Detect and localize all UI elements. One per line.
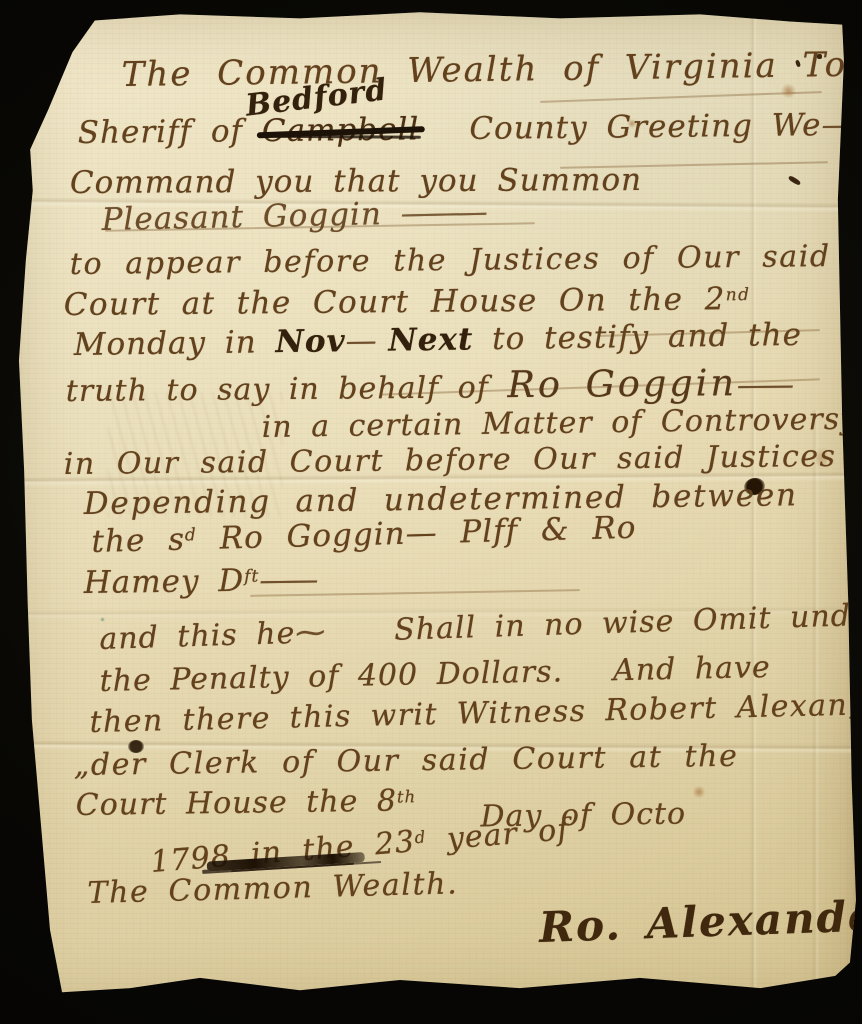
text-segment: in a certain Matter of Controversy	[262, 402, 859, 445]
line-court-house-date: Court House the 8thDay of Octo	[76, 779, 687, 823]
text-segment: year of	[425, 812, 570, 858]
text-segment: County Greeting We	[469, 107, 821, 147]
line-matter-controversy: in a certain Matter of Controversy	[262, 402, 859, 445]
line-appear-justices: to appear before the Justices of Our sai…	[70, 239, 831, 282]
text-segment: nd	[726, 285, 751, 305]
text-segment: Court at the Court House On the 2	[64, 281, 726, 323]
text-segment: the s	[91, 522, 185, 560]
line-court-house: Court at the Court House On the 2nd	[64, 281, 751, 323]
text-segment: ,,	[848, 687, 862, 722]
text-segment: —	[345, 323, 388, 360]
text-segment: The Common Wealth.	[87, 866, 459, 911]
paper-sheet: The Common Wealth of Virginia To the ⁓—S…	[0, 0, 862, 1024]
text-segment: in Our said Court before Our said Justic…	[64, 439, 837, 482]
line-signature: Ro. Alexander	[538, 890, 862, 952]
ink-fleck	[788, 175, 802, 186]
text-segment: ft	[244, 567, 259, 587]
text-segment: Pleasant Goggin	[101, 196, 401, 238]
text-segment: to appear before the Justices of Our sai…	[70, 239, 831, 282]
line-shall-not-omit: and this he⁓Shall in no wise Omit under	[99, 597, 862, 657]
line-commonwealth-closing: The Common Wealth.	[87, 866, 459, 911]
text-segment: Shall in no wise Omit under	[394, 597, 862, 647]
stain	[692, 786, 706, 798]
line-behalf-of: truth to say in behalf of Ro Goggin——	[66, 361, 791, 410]
text-segment: Command you that you Summon	[70, 162, 642, 201]
text-segment: the Penalty of 400 Dollars.	[99, 654, 563, 699]
line-defendant: Hamey Dft——	[83, 562, 315, 601]
text-segment: Next	[388, 321, 473, 358]
text-segment	[323, 640, 395, 642]
text-segment: Nov	[275, 323, 346, 360]
line-monday-testify: Monday in Nov— Next to testify and the	[73, 317, 802, 363]
text-segment: „der Clerk of Our said Court at the	[74, 739, 739, 783]
text-segment: —	[821, 107, 849, 143]
text-segment: Monday in	[73, 324, 275, 363]
text-segment: ⁓	[295, 615, 323, 651]
text-segment: Ro Goggin—	[196, 514, 460, 557]
line-witness-name: Pleasant Goggin ———	[101, 194, 485, 238]
text-segment	[563, 680, 613, 681]
text-segment: to testify and the	[473, 317, 802, 358]
text-segment: The Common Wealth of Virginia To the	[121, 44, 862, 95]
clerk-signature: Ro. Alexander	[538, 890, 862, 952]
text-segment: Hamey D	[83, 563, 244, 601]
text-segment: Court House the 8	[76, 784, 398, 823]
line-clerk-continued: „der Clerk of Our said Court at the	[74, 739, 739, 783]
text-segment: truth to say in behalf of	[66, 370, 508, 409]
scanned-document-page: The Common Wealth of Virginia To the ⁓—S…	[0, 0, 862, 1024]
line-commonwealth-heading: The Common Wealth of Virginia To the ⁓—	[121, 43, 862, 95]
text-segment: Plff & Ro	[460, 510, 637, 551]
text-segment: And have	[613, 650, 771, 688]
line-command-summon: Command you that you Summon	[70, 162, 642, 201]
stain	[526, 993, 548, 1008]
text-segment: ———	[400, 194, 485, 232]
text-segment: Ro Goggin	[507, 361, 737, 406]
text-segment: th	[397, 787, 417, 806]
text-segment	[419, 139, 469, 140]
text-segment: and this he	[99, 616, 296, 657]
text-segment: ——	[737, 368, 791, 403]
text-segment: Sheriff of	[78, 113, 262, 151]
text-segment: ——	[259, 562, 315, 599]
ruled-guide-line	[540, 91, 822, 103]
line-before-justices: in Our said Court before Our said Justic…	[64, 439, 837, 482]
stain	[780, 84, 797, 98]
line-sheriff-county: Sheriff of CampbellBedfordCounty Greetin…	[78, 107, 850, 151]
